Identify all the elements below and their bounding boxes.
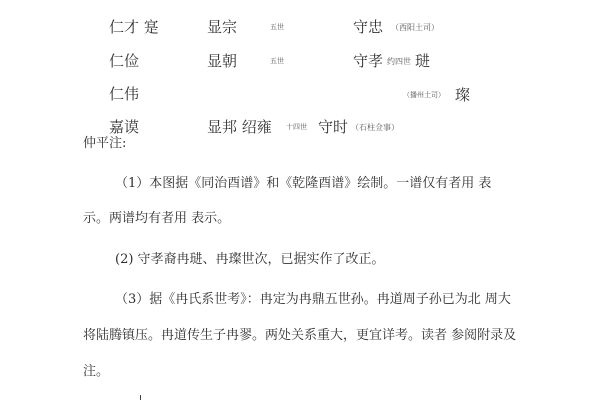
office-note: （西阳土司） — [391, 22, 439, 33]
note-2: (2) 守孝裔冉琎、冉璨世次，已据实作了改正。 — [115, 248, 385, 267]
note-3-line-2: 将陆腾镇压。冉道传生子冉翏。两处关系重大，更宜详考。读者 参阅附录及 — [83, 324, 516, 343]
generation-label: 五世 — [270, 56, 284, 66]
generation-label: 十四世 — [286, 122, 307, 132]
generation-label: 五世 — [270, 22, 284, 32]
person-shouzhong: 守忠 — [353, 16, 383, 37]
office-note: （播州土司） — [403, 90, 445, 100]
person-xianbang-shaoyong: 显邦 绍雍 — [207, 116, 272, 137]
person-renjian: 仁俭 — [109, 50, 139, 71]
person-shouxiao: 守孝 — [353, 50, 383, 71]
note-1-line-1: （1）本图据《同治酉谱》和《乾隆酉谱》绘制。一谱仅有者用 表 — [115, 172, 491, 191]
person-rencai-shi: 仁才 寔 — [109, 16, 159, 37]
notes-heading: 仲平注: — [83, 132, 126, 151]
stray-mark — [140, 395, 141, 400]
note-3-line-1: （3）据《冉氏系世考》：冉定为冉鼎五世孙。冉道周子孙已为北 周大 — [115, 288, 511, 307]
person-renwei: 仁伟 — [109, 83, 139, 104]
note-1-line-2: 示。两谱均有者用 表示。 — [83, 207, 230, 226]
person-xianchao: 显朝 — [207, 50, 237, 71]
generation-label: 约四世 — [387, 56, 411, 67]
office-note: （石柱佥事） — [351, 122, 399, 133]
person-xianzong: 显宗 — [207, 16, 237, 37]
person-ranjin: 琎 — [415, 50, 430, 71]
person-rancan: 璨 — [455, 84, 470, 105]
note-3-line-3: 注。 — [83, 360, 109, 379]
person-shoushi: 守时 — [318, 116, 348, 137]
